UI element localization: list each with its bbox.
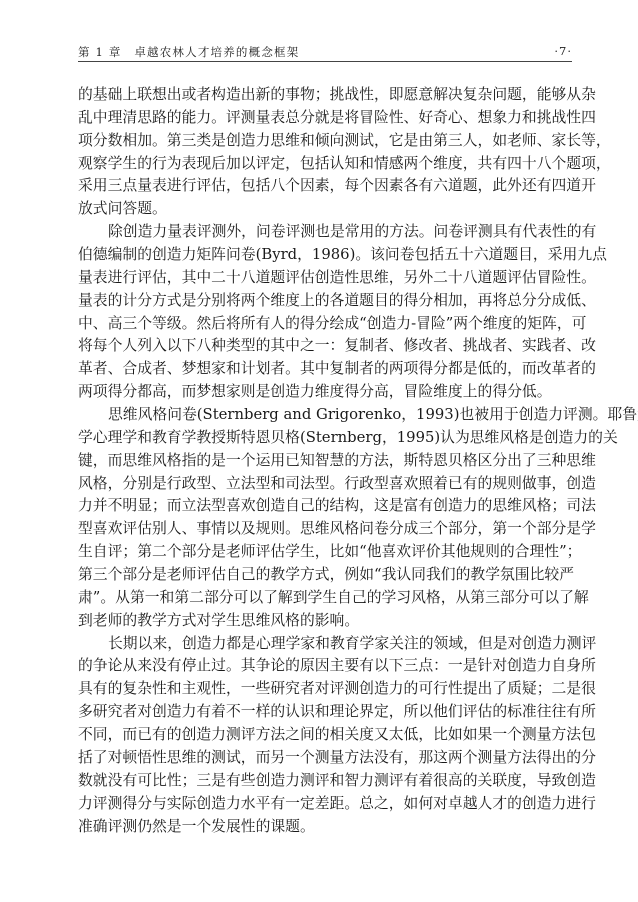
text-line: 两项得分都高，而梦想家则是创造力维度得分高，冒险维度上的得分低。 bbox=[78, 381, 574, 404]
text-line: 采用三点量表进行评估，包括八个因素，每个因素各有六道题，此外还有四道开 bbox=[78, 175, 574, 198]
text-line: 长期以来，创造力都是心理学家和教育学家关注的领域，但是对创造力测评 bbox=[78, 633, 574, 656]
text-line: 数就没有可比性；三是有些创造力测评和智力测评有着很高的关联度，导致创造 bbox=[78, 770, 574, 793]
text-line: 伯德编制的创造力矩阵问卷(Byrd，1986)。该问卷包括五十六道题目，采用九点 bbox=[78, 244, 574, 267]
text-line: 键，而思维风格指的是一个运用已知智慧的方法，斯特恩贝格区分出了三种思维 bbox=[78, 450, 574, 473]
text-line: 力并不明显；而立法型喜欢创造自己的结构，这是富有创造力的思维风格；司法 bbox=[78, 495, 574, 518]
header-rule bbox=[78, 61, 572, 62]
text-line: 到老师的教学方式对学生思维风格的影响。 bbox=[78, 610, 574, 633]
paragraph: 长期以来，创造力都是心理学家和教育学家关注的领域，但是对创造力测评的争论从来没有… bbox=[78, 633, 574, 839]
text-line: 乱中理清思路的能力。评测量表总分就是将冒险性、好奇心、想象力和挑战性四 bbox=[78, 107, 574, 130]
text-line: 准确评测仍然是一个发展性的课题。 bbox=[78, 816, 574, 839]
text-line: 量表进行评估，其中二十八道题评估创造性思维，另外二十八道题评估冒险性。 bbox=[78, 267, 574, 290]
paragraph: 的基础上联想出或者构造出新的事物；挑战性，即愿意解决复杂问题，能够从杂乱中理清思… bbox=[78, 84, 574, 221]
text-line: 型喜欢评估别人、事情以及规则。思维风格问卷分成三个部分，第一个部分是学 bbox=[78, 518, 574, 541]
text-line: 多研究者对创造力有着不一样的认识和理论界定，所以他们评估的标准往往有所 bbox=[78, 701, 574, 724]
text-line: 革者、合成者、梦想家和计划者。其中复制者的两项得分都是低的，而改革者的 bbox=[78, 358, 574, 381]
paragraph: 思维风格问卷(Sternberg and Grigorenko，1993)也被用… bbox=[78, 404, 574, 633]
text-line: 观察学生的行为表现后加以评定，包括认知和情感两个维度，共有四十八个题项， bbox=[78, 153, 574, 176]
text-line: 放式问答题。 bbox=[78, 198, 574, 221]
text-line: 风格，分别是行政型、立法型和司法型。行政型喜欢照着已有的规则做事，创造 bbox=[78, 473, 574, 496]
text-line: 第三个部分是老师评估自己的教学方式，例如“我认同我们的教学氛围比较严 bbox=[78, 564, 574, 587]
text-line: 学心理学和教育学教授斯特恩贝格(Sternberg，1995)认为思维风格是创造… bbox=[78, 427, 574, 450]
text-line: 具有的复杂性和主观性，一些研究者对评测创造力的可行性提出了质疑；二是很 bbox=[78, 678, 574, 701]
text-line: 的争论从来没有停止过。其争论的原因主要有以下三点：一是针对创造力自身所 bbox=[78, 655, 574, 678]
text-line: 项分数相加。第三类是创造力思维和倾向测试，它是由第三人，如老师、家长等， bbox=[78, 130, 574, 153]
text-line: 生自评；第二个部分是老师评估学生，比如“他喜欢评价其他规则的合理性”； bbox=[78, 541, 574, 564]
text-line: 量表的计分方式是分别将两个维度上的各道题目的得分相加，再将总分分成低、 bbox=[78, 290, 574, 313]
text-line: 中、高三个等级。然后将所有人的得分绘成“创造力-冒险”两个维度的矩阵，可 bbox=[78, 313, 574, 336]
text-line: 除创造力量表评测外，问卷评测也是常用的方法。问卷评测具有代表性的有 bbox=[78, 221, 574, 244]
text-line: 将每个人列入以下八种类型的其中之一：复制者、修改者、挑战者、实践者、改 bbox=[78, 335, 574, 358]
text-line: 力评测得分与实际创造力水平有一定差距。总之，如何对卓越人才的创造力进行 bbox=[78, 793, 574, 816]
chapter-title: 第 1 章 卓越农林人才培养的概念框架 bbox=[78, 44, 299, 60]
running-header: 第 1 章 卓越农林人才培养的概念框架 ·7· bbox=[78, 44, 572, 60]
text-line: 括了对顿悟性思维的测试，而另一个测量方法没有，那这两个测量方法得出的分 bbox=[78, 747, 574, 770]
text-line: 肃”。从第一和第二部分可以了解到学生自己的学习风格，从第三部分可以了解 bbox=[78, 587, 574, 610]
body-text: 的基础上联想出或者构造出新的事物；挑战性，即愿意解决复杂问题，能够从杂乱中理清思… bbox=[78, 84, 574, 838]
text-line: 不同，而已有的创造力测评方法之间的相关度又太低，比如如果一个测量方法包 bbox=[78, 724, 574, 747]
text-line: 的基础上联想出或者构造出新的事物；挑战性，即愿意解决复杂问题，能够从杂 bbox=[78, 84, 574, 107]
text-line: 思维风格问卷(Sternberg and Grigorenko，1993)也被用… bbox=[78, 404, 574, 427]
page-number: ·7· bbox=[554, 44, 572, 58]
paragraph: 除创造力量表评测外，问卷评测也是常用的方法。问卷评测具有代表性的有伯德编制的创造… bbox=[78, 221, 574, 404]
